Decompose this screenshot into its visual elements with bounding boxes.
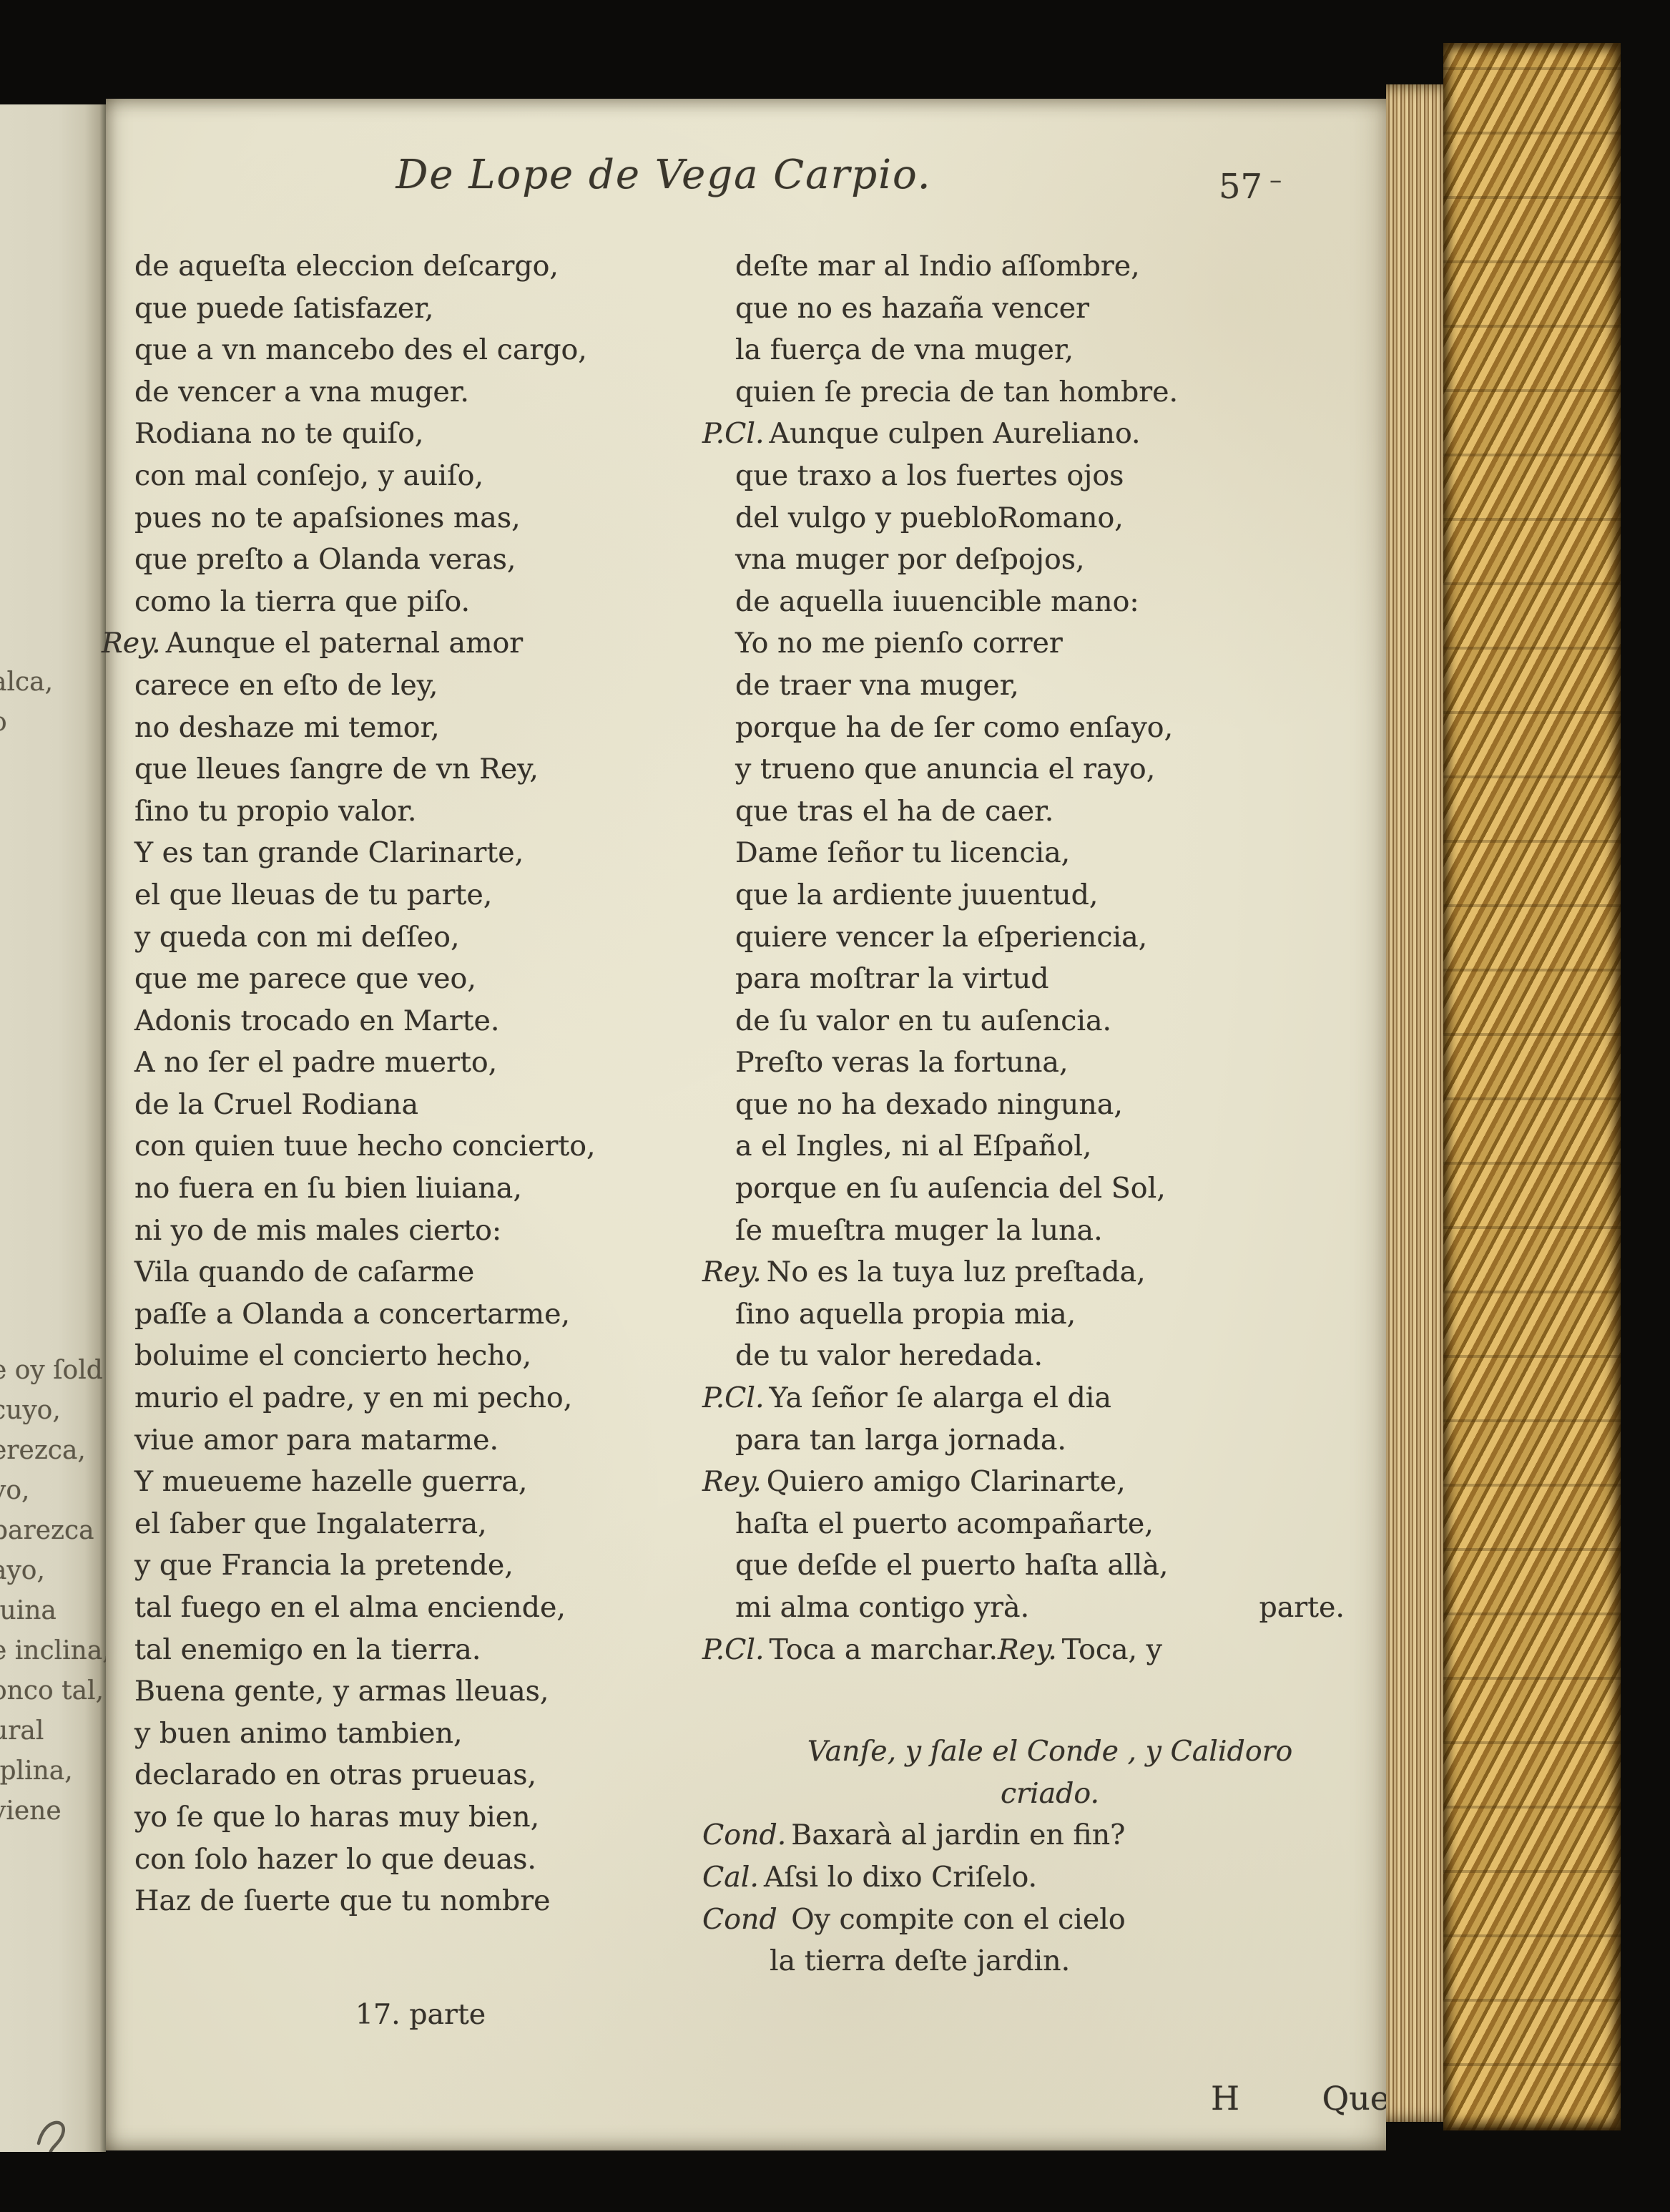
running-title: De Lope de Vega Carpio. [106,152,1222,198]
verse-text: que tras el ha de caer. [735,795,1053,828]
book-page: De Lope de Vega Carpio. 57– de aqueſta e… [106,99,1386,2150]
verse-text: quien ſe precia de tan hombre. [735,376,1178,408]
book-scan: alca,o e oy ſoldcuyo,erezca,yo,parezcaay… [0,0,1670,2212]
margin-fragment: viene [0,1791,106,1831]
verse-line: de tu valor heredada. [735,1335,1365,1377]
verse-text: que a vn mancebo des el cargo, [134,333,587,366]
verse-text: tal enemigo en la tierra. [134,1633,481,1666]
verse-text: porque ha de ſer como enſayo, [735,711,1173,744]
verse-line: yo ſe que lo haras muy bien, [134,1796,707,1839]
verse-text: y buen animo tambien, [134,1717,463,1750]
margin-fragment: iplina, [0,1751,106,1791]
verse-line: de ſu valor en tu auſencia. [735,1000,1365,1042]
verse-text: con ſolo hazer lo que deuas. [134,1843,536,1876]
verse-line: porque en ſu auſencia del Sol, [735,1168,1365,1210]
verse-text: ſino tu propio valor. [134,795,416,828]
verse-line: de aqueſta eleccion deſcargo, [134,245,707,288]
column-footer: 17. parte [134,1994,707,2036]
verse-line: que deſde el puerto haſta allà, [735,1545,1365,1587]
verse-line: Dame ſeñor tu licencia, [735,832,1365,874]
verse-text: carece en eſto de ley, [134,669,438,702]
verse-line: la fuerça de vna muger, [735,329,1365,371]
margin-fragment: e inclina, [0,1631,106,1671]
verse-line: que tras el ha de caer. [735,791,1365,833]
stage-cue-parte: parte. [1259,1587,1345,1629]
facing-page-sliver: alca,o e oy ſoldcuyo,erezca,yo,parezcaay… [0,104,106,2152]
verse-text: criado. [1001,1777,1099,1810]
verse-text: quiere vencer la eſperiencia, [735,921,1147,954]
verse-line: que a vn mancebo des el cargo, [134,329,707,371]
verse-line: Cond Oy compite con el cielo [702,1899,1365,1941]
verse-line: y trueno que anuncia el rayo, [735,748,1365,791]
verse-line: mi alma contigo yrà.parte. [735,1587,1365,1629]
verse-line: Rey.Aunque el paternal amor [102,622,707,665]
verse-line: Rodiana no te quiſo, [134,413,707,455]
verse-text: Y es tan grande Clarinarte, [134,836,524,869]
verse-line: con mal conſejo, y auiſo, [134,455,707,497]
verse-line: con quien tuue hecho concierto, [134,1125,707,1168]
verse-line: tal fuego en el alma enciende, [134,1587,707,1629]
page-number: 57– [1219,166,1282,207]
stage-direction: criado. [735,1773,1365,1815]
verse-line: Y es tan grande Clarinarte, [134,832,707,874]
verse-line: deſte mar al Indio aſſombre, [735,245,1365,288]
verse-line: ſino aquella propia mia, [735,1293,1365,1336]
verse-line: Rey.Quiero amigo Clarinarte, [702,1461,1365,1503]
verse-text: no fuera en ſu bien liuiana, [134,1172,522,1205]
verse-text: para tan larga jornada. [735,1424,1066,1457]
verse-text: yo ſe que lo haras muy bien, [134,1801,539,1834]
verse-text: vna muger por deſpojos, [735,543,1085,576]
verse-line: P.Cl.Aunque culpen Aureliano. [702,413,1365,455]
verse-line: de la Cruel Rodiana [134,1084,707,1126]
verse-text: mi alma contigo yrà. [735,1591,1029,1624]
verse-line: quiere vencer la eſperiencia, [735,916,1365,959]
verse-text: boluime el concierto hecho, [134,1339,531,1372]
speaker-label: Cal. [702,1861,764,1894]
verse-text: que preſto a Olanda veras, [134,543,516,576]
verse-line: tal enemigo en la tierra. [134,1629,707,1671]
verse-text: ſe mueſtra muger la luna. [735,1214,1103,1247]
verse-line: para tan larga jornada. [735,1419,1365,1462]
verse-text: que la ardiente juuentud, [735,879,1098,911]
verse-text: haſta el puerto acompañarte, [735,1507,1154,1540]
verse-text: que me parece que veo, [134,962,476,995]
verse-text: declarado en otras prueuas, [134,1758,536,1791]
page-number-flourish: – [1262,166,1282,195]
verse-text: que traxo a los fuertes ojos [735,459,1124,492]
verse-line: a el Ingles, ni al Eſpañol, [735,1125,1365,1168]
verse-text: y que Francia la pretende, [134,1549,514,1582]
speaker-label: P.Cl. [702,1633,770,1666]
margin-fragment: onco tal, [0,1671,106,1711]
verse-text: murio el padre, y en mi pecho, [134,1381,572,1414]
verse-line: Y mueueme hazelle guerra, [134,1461,707,1503]
verse-text: Rodiana no te quiſo, [134,417,423,450]
page-block-striations [1386,84,1443,2122]
margin-fragment: yo, [0,1471,106,1511]
verse-text: deſte mar al Indio aſſombre, [735,250,1140,283]
verse-text: Aſsi lo dixo Criſelo. [764,1861,1037,1894]
verse-line: que la ardiente juuentud, [735,874,1365,916]
verse-text: de vencer a vna muger. [134,376,469,408]
verse-line: no fuera en ſu bien liuiana, [134,1168,707,1210]
catchword: Que [1322,2079,1390,2118]
verse-text: viue amor para matarme. [134,1424,498,1457]
verse-line: como la tierra que piſo. [134,581,707,623]
verse-text: y queda con mi deſſeo, [134,921,460,954]
verse-line: Vila quando de caſarme [134,1251,707,1293]
verse-text: con mal conſejo, y auiſo, [134,459,483,492]
verse-text: 17. parte [355,1998,486,2031]
verse-text: Haz de ſuerte que tu nombre [134,1884,550,1917]
speaker-label: Cond. [702,1819,791,1851]
verse-line: la tierra deſte jardin. [770,1940,1365,1982]
verse-text: No es la tuya luz preſtada, [767,1256,1146,1288]
verse-text: la tierra deſte jardin. [770,1944,1070,1977]
gilt-fore-edge [1443,43,1621,2130]
verse-text: para moſtrar la virtud [735,962,1049,995]
verse-line: ſe mueſtra muger la luna. [735,1210,1365,1252]
margin-fragment: e oy ſold [0,1351,106,1391]
verse-line: y que Francia la pretende, [134,1545,707,1587]
verse-text: paſſe a Olanda a concertarme, [134,1298,570,1331]
verse-text: y trueno que anuncia el rayo, [735,753,1155,786]
verse-text: la fuerça de vna muger, [735,333,1074,366]
verse-text: de ſu valor en tu auſencia. [735,1004,1111,1037]
speaker-label: Cond [702,1903,782,1936]
verse-text: pues no te apaſsiones mas, [134,501,521,534]
verse-line: carece en eſto de ley, [134,665,707,707]
margin-fragment: alca, [0,662,53,703]
verse-text: de aqueſta eleccion deſcargo, [134,250,559,283]
verse-text: que lleues ſangre de vn Rey, [134,753,539,786]
margin-fragment: cuyo, [0,1391,106,1431]
verse-line: para moſtrar la virtud [735,958,1365,1000]
verse-line: con ſolo hazer lo que deuas. [134,1839,707,1881]
verse-text: el que lleuas de tu parte, [134,879,492,911]
verse-text: Buena gente, y armas lleuas, [134,1675,549,1708]
verse-line: Haz de ſuerte que tu nombre [134,1880,707,1922]
verse-line: Yo no me pienſo correr [735,622,1365,665]
verse-text: no deshaze mi temor, [134,711,440,744]
verse-text: A no ſer el padre muerto, [134,1046,497,1079]
stage-direction: Vanſe, y ſale el Conde , y Calidoro [735,1731,1365,1773]
verse-line: declarado en otras prueuas, [134,1754,707,1796]
verse-text: de traer vna muger, [735,669,1019,702]
verse-line: vna muger por deſpojos, [735,539,1365,581]
verse-line: Preſto veras la fortuna, [735,1042,1365,1084]
verse-text: que deſde el puerto haſta allà, [735,1549,1168,1582]
verse-text: que no ha dexado ninguna, [735,1088,1123,1121]
verse-line: que preſto a Olanda veras, [134,539,707,581]
verse-line: pues no te apaſsiones mas, [134,497,707,539]
verse-line: A no ſer el padre muerto, [134,1042,707,1084]
margin-fragments-top: alca,o [1,662,53,743]
margin-fragment: ayo, [0,1551,106,1591]
verse-line: ſino tu propio valor. [134,791,707,833]
verse-text: como la tierra que piſo. [134,585,470,618]
verse-text: Vanſe, y ſale el Conde , y Calidoro [807,1735,1293,1768]
verse-line: Rey.No es la tuya luz preſtada, [702,1251,1365,1293]
verse-text: Preſto veras la fortuna, [735,1046,1069,1079]
verse-text: Vila quando de caſarme [134,1256,474,1288]
verse-line: ni yo de mis males cierto: [134,1210,707,1252]
verse-text: que puede ſatisfazer, [134,292,433,325]
speaker-label: Rey. [702,1465,767,1498]
verse-text: Ya ſeñor ſe alarga el dia [770,1381,1111,1414]
verse-text: Baxarà al jardin en fin? [791,1819,1125,1851]
verse-line: que no es hazaña vencer [735,288,1365,330]
verse-text: Oy compite con el cielo [782,1903,1126,1936]
verse-text: Y mueueme hazelle guerra, [134,1465,527,1498]
verse-line: que traxo a los fuertes ojos [735,455,1365,497]
verse-line: y queda con mi deſſeo, [134,916,707,959]
verse-text: con quien tuue hecho concierto, [134,1130,596,1163]
verse-text: Dame ſeñor tu licencia, [735,836,1070,869]
pen-mark-flourish [26,2106,90,2152]
verse-line: Cond.Baxarà al jardin en fin? [702,1814,1365,1856]
verse-text: Adonis trocado en Marte. [134,1004,499,1037]
verse-text: Aunque el paternal amor [166,627,523,660]
verse-line: el que lleuas de tu parte, [134,874,707,916]
verse-line: P.Cl.Toca a marchar.Rey.Toca, y [702,1629,1365,1671]
verse-line: porque ha de ſer como enſayo, [735,707,1365,749]
verse-column-left: de aqueſta eleccion deſcargo,que puede ſ… [134,245,707,2035]
verse-line: paſſe a Olanda a concertarme, [134,1293,707,1336]
verse-text: de tu valor heredada. [735,1339,1043,1372]
verse-line: de vencer a vna muger. [134,371,707,413]
margin-fragment: parezca [0,1511,106,1551]
verse-text: el ſaber que Ingalaterra, [134,1507,487,1540]
margin-fragments-bottom: e oy ſoldcuyo,erezca,yo,parezcaayo,iuina… [1,1351,106,1831]
speaker-label: P.Cl. [702,1381,770,1414]
verse-line: y buen animo tambien, [134,1713,707,1755]
speaker-label: Rey. [102,627,166,660]
verse-line: que puede ſatisfazer, [134,288,707,330]
verse-line: P.Cl.Ya ſeñor ſe alarga el dia [702,1377,1365,1419]
speaker-label: Rey. [998,1633,1062,1666]
margin-fragment: erezca, [0,1431,106,1471]
verse-text: Toca a marchar. [770,1633,998,1666]
verse-text: ni yo de mis males cierto: [134,1214,501,1247]
verse-line: haſta el puerto acompañarte, [735,1503,1365,1545]
page-number-value: 57 [1219,167,1262,207]
verse-text: ſino aquella propia mia, [735,1298,1076,1331]
margin-fragment: iuina [0,1591,106,1631]
verse-line: no deshaze mi temor, [134,707,707,749]
verse-line: murio el padre, y en mi pecho, [134,1377,707,1419]
verse-text: de aquella iuuencible mano: [735,585,1139,618]
verse-line: Adonis trocado en Marte. [134,1000,707,1042]
verse-line: de traer vna muger, [735,665,1365,707]
verse-text: Quiero amigo Clarinarte, [767,1465,1126,1498]
verse-text: de la Cruel Rodiana [134,1088,418,1121]
verse-text: del vulgo y puebloRomano, [735,501,1124,534]
verse-line: viue amor para matarme. [134,1419,707,1462]
verse-line: del vulgo y puebloRomano, [735,497,1365,539]
margin-fragment: o [0,703,53,743]
verse-text: que no es hazaña vencer [735,292,1089,325]
speaker-label: P.Cl. [702,417,770,450]
verse-line: el ſaber que Ingalaterra, [134,1503,707,1545]
signature-mark: H [1211,2079,1239,2118]
margin-fragment: ural [0,1711,106,1751]
verse-text: porque en ſu auſencia del Sol, [735,1172,1166,1205]
verse-line: que me parece que veo, [134,958,707,1000]
verse-text: Aunque culpen Aureliano. [770,417,1141,450]
verse-line: quien ſe precia de tan hombre. [735,371,1365,413]
verse-line: que lleues ſangre de vn Rey, [134,748,707,791]
verse-line: de aquella iuuencible mano: [735,581,1365,623]
verse-column-right: deſte mar al Indio aſſombre,que no es ha… [735,245,1365,1982]
speaker-label: Rey. [702,1256,767,1288]
verse-line: Buena gente, y armas lleuas, [134,1670,707,1713]
verse-text: Yo no me pienſo correr [735,627,1063,660]
verse-line: Cal.Aſsi lo dixo Criſelo. [702,1856,1365,1899]
verse-text: a el Ingles, ni al Eſpañol, [735,1130,1091,1163]
signature-row: H Que [1211,2079,1390,2118]
verse-line: que no ha dexado ninguna, [735,1084,1365,1126]
verse-text: Toca, y [1062,1633,1162,1666]
verse-text: tal fuego en el alma enciende, [134,1591,566,1624]
verse-line: boluime el concierto hecho, [134,1335,707,1377]
